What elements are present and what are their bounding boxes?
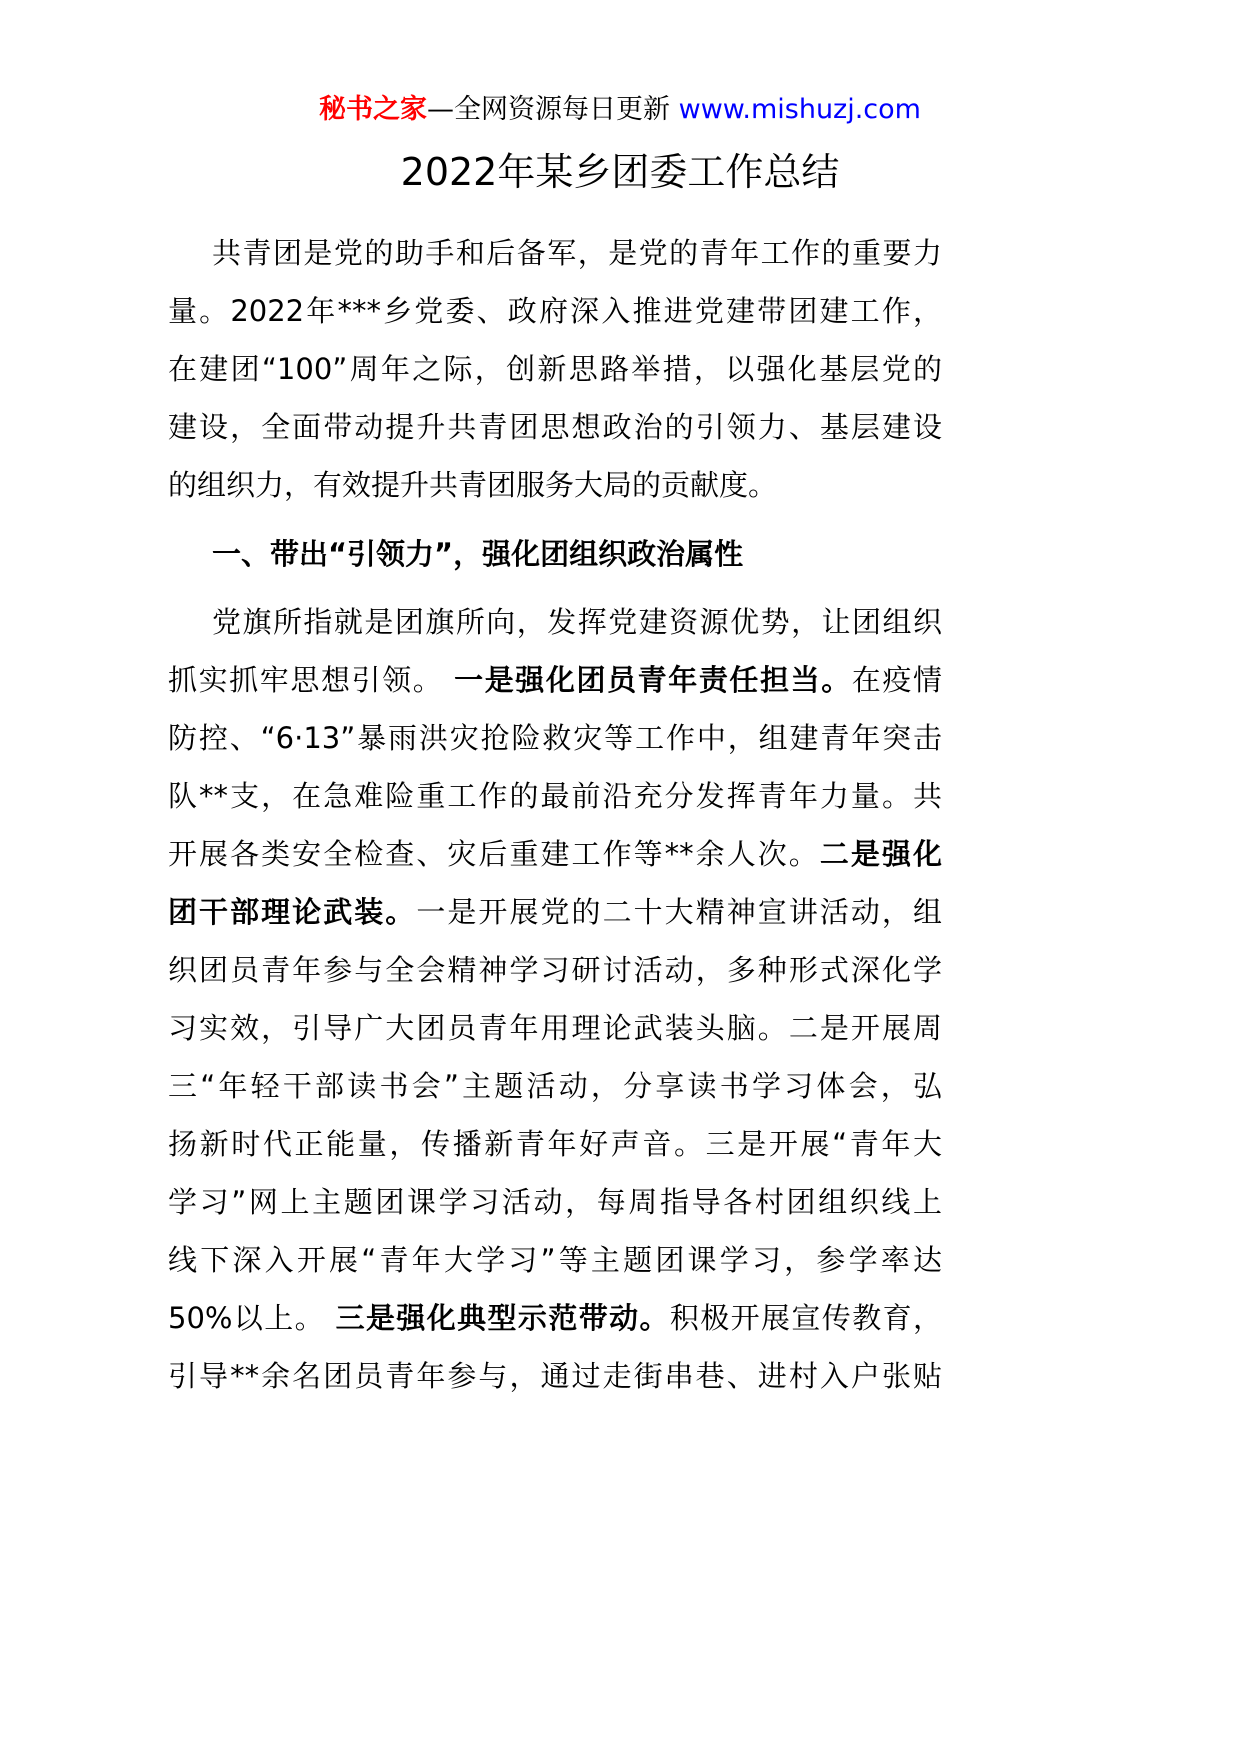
bold-key-point: 一是强化团员青年责任担当。 [454,663,852,697]
body-line-14: 引导**余名团员青年参与，通过走街串巷、进村入户张贴 [168,1356,942,1396]
body-line-2: 抓实抓牢思想引领。 一是强化团员青年责任担当。在疫情 [168,660,942,700]
body-line-7: 织团员青年参与全会精神学习研讨活动，多种形式深化学 [168,950,942,990]
bold-key-point: 二是强化 [820,837,942,871]
intro-line-1: 共青团是党的助手和后备军，是党的青年工作的重要力 [212,233,942,273]
intro-line-2: 量。2022年***乡党委、政府深入推进党建带团建工作， [168,291,942,331]
body-line-3: 防控、“6·13”暴雨洪灾抢险救灾等工作中，组建青年突击 [168,718,942,758]
body-line-9: 三“年轻干部读书会”主题活动，分享读书学习体会，弘 [168,1066,942,1106]
site-url-link[interactable]: www.mishuzj.com [679,94,921,125]
brand-name: 秘书之家 [319,94,427,125]
body-text: 一是开展党的二十大精神宣讲活动，组 [416,895,942,929]
body-line-8: 习实效，引导广大团员青年用理论武装头脑。二是开展周 [168,1008,942,1048]
body-line-13: 50%以上。 三是强化典型示范带动。积极开展宣传教育， [168,1298,942,1338]
intro-line-5: 的组织力，有效提升共青团服务大局的贡献度。 [168,465,942,505]
body-line-1: 党旗所指就是团旗所向，发挥党建资源优势，让团组织 [212,602,942,642]
body-text: 在疫情 [852,663,942,697]
banner-slogan: —全网资源每日更新 [427,94,670,125]
body-line-10: 扬新时代正能量，传播新青年好声音。三是开展“青年大 [168,1124,942,1164]
body-line-5: 开展各类安全检查、灾后重建工作等**余人次。二是强化 [168,834,942,874]
intro-line-4: 建设，全面带动提升共青团思想政治的引领力、基层建设 [168,407,942,447]
body-line-6: 团干部理论武装。一是开展党的二十大精神宣讲活动，组 [168,892,942,932]
body-line-12: 线下深入开展“青年大学习”等主题团课学习，参学率达 [168,1240,942,1280]
body-text: 50%以上。 [168,1301,336,1335]
intro-line-3: 在建团“100”周年之际，创新思路举措，以强化基层党的 [168,349,942,389]
bold-key-point: 团干部理论武装。 [168,895,416,929]
body-line-4: 队**支，在急难险重工作的最前沿充分发挥青年力量。共 [168,776,942,816]
body-line-11: 学习”网上主题团课学习活动，每周指导各村团组织线上 [168,1182,942,1222]
body-text: 开展各类安全检查、灾后重建工作等**余人次。 [168,837,820,871]
site-banner: 秘书之家—全网资源每日更新 www.mishuzj.com [0,92,1240,128]
section-heading-1: 一、带出“引领力”，强化团组织政治属性 [212,534,743,574]
bold-key-point: 三是强化典型示范带动。 [336,1301,670,1335]
document-title: 2022年某乡团委工作总结 [0,146,1240,198]
body-text: 抓实抓牢思想引领。 [168,663,454,697]
body-text: 积极开展宣传教育， [670,1301,942,1335]
